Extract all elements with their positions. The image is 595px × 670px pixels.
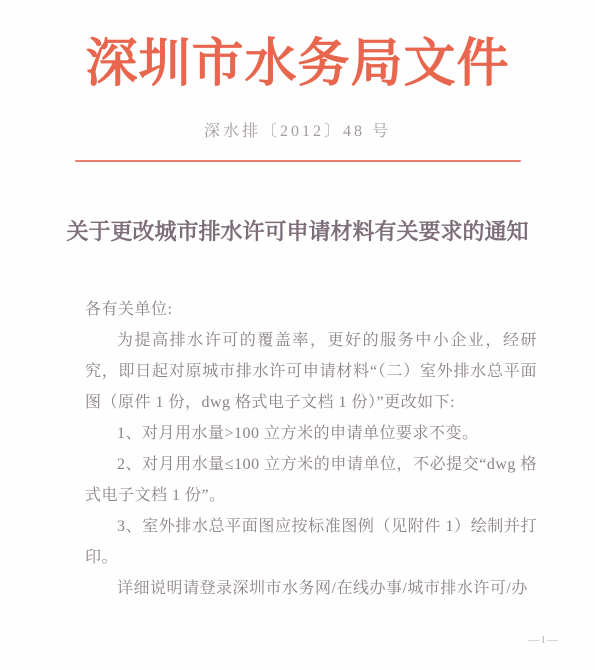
document-body: 各有关单位: 为提高排水许可的覆盖率，更好的服务中小企业，经研究，即日起对原城市… bbox=[85, 294, 537, 604]
paragraph-item-1: 1、对月用水量>100 立方米的申请单位要求不变。 bbox=[85, 418, 537, 449]
paragraph-item-3: 3、室外排水总平面图应按标准图例（见附件 1）绘制并打印。 bbox=[85, 511, 537, 573]
paragraph-intro: 为提高排水许可的覆盖率，更好的服务中小企业，经研究，即日起对原城市排水许可申请材… bbox=[85, 325, 537, 418]
document-title: 关于更改城市排水许可申请材料有关要求的通知 bbox=[0, 218, 595, 246]
page-number: —1— bbox=[529, 634, 560, 646]
paragraph-item-2: 2、对月用水量≤100 立方米的申请单位，不必提交“dwg 格式电子文档 1 份… bbox=[85, 449, 537, 511]
paragraph-closing: 详细说明请登录深圳市水务网/在线办事/城市排水许可/办 bbox=[85, 573, 537, 604]
agency-title: 深圳市水务局文件 bbox=[0, 36, 595, 94]
red-divider-line bbox=[75, 160, 521, 162]
document-page: 深圳市水务局文件 深水排〔2012〕48 号 关于更改城市排水许可申请材料有关要… bbox=[0, 0, 595, 670]
salutation: 各有关单位: bbox=[85, 294, 537, 325]
letterhead: 深圳市水务局文件 深水排〔2012〕48 号 bbox=[0, 36, 595, 162]
document-number: 深水排〔2012〕48 号 bbox=[0, 122, 595, 142]
